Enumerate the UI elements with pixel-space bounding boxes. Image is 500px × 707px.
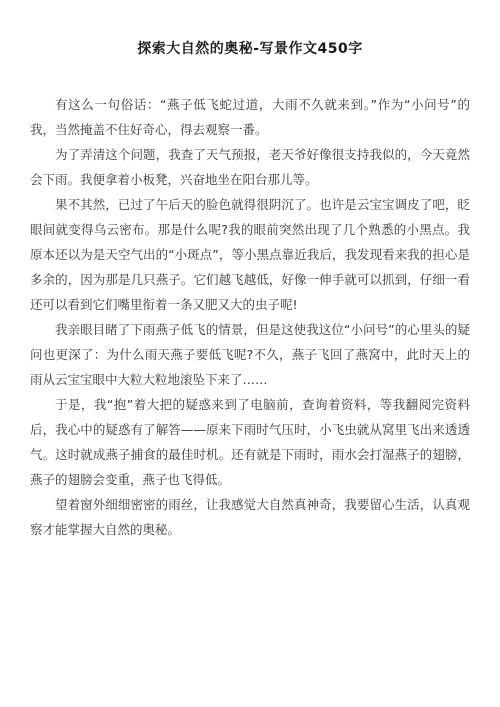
article-body: 有这么一句俗话：“燕子低飞蛇过道，大雨不久就来到。”作为“小问号”的我，当然掩盖… [30,92,470,542]
paragraph: 望着窗外细细密密的雨丝，让我感觉大自然真神奇，我要留心生活，认真观察才能掌握大自… [30,492,470,542]
document-page: 探索大自然的奥秘-写景作文450字 有这么一句俗话：“燕子低飞蛇过道，大雨不久就… [0,0,500,707]
paragraph: 我亲眼目睹了下雨燕子低飞的情景，但是这使我这位“小问号”的心里头的疑问也更深了：… [30,317,470,392]
paragraph: 果不其然，已过了午后天的脸色就得很阴沉了。也许是云宝宝调皮了吧，眨眼间就变得乌云… [30,192,470,317]
paragraph: 于是，我“抱”着大把的疑惑来到了电脑前，查询着资料，等我翻阅完资料后，我心中的疑… [30,392,470,492]
page-title: 探索大自然的奥秘-写景作文450字 [0,0,500,58]
paragraph: 有这么一句俗话：“燕子低飞蛇过道，大雨不久就来到。”作为“小问号”的我，当然掩盖… [30,92,470,142]
paragraph: 为了弄清这个问题，我查了天气预报，老天爷好像很支持我似的，今天竟然会下雨。我便拿… [30,142,470,192]
